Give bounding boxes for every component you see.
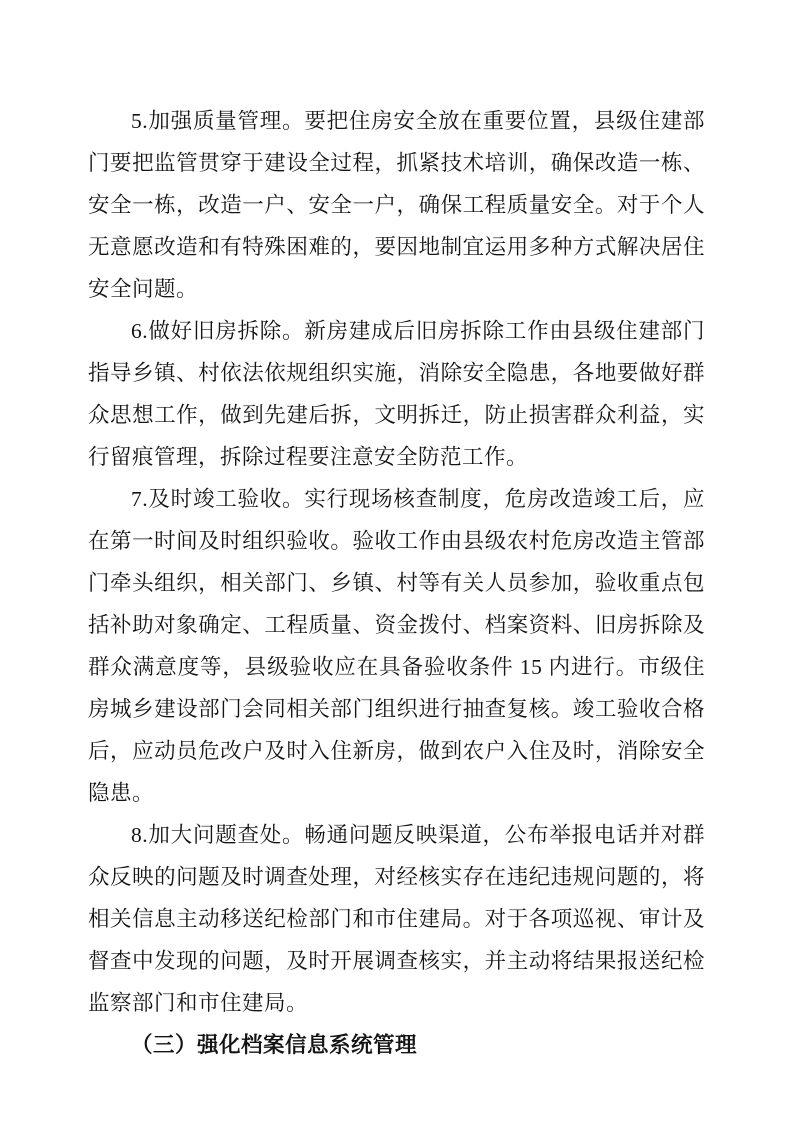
section-heading-archive-info-system: （三）强化档案信息系统管理 [88,1024,705,1066]
paragraph-old-house-demolition: 6.做好旧房拆除。新房建成后旧房拆除工作由县级住建部门指导乡镇、村依法依规组织实… [88,310,705,478]
paragraph-problem-investigation: 8.加大问题查处。畅通问题反映渠道，公布举报电话并对群众反映的问题及时调查处理，… [88,814,705,1024]
document-content: 5.加强质量管理。要把住房安全放在重要位置，县级住建部门要把监管贯穿于建设全过程… [88,100,705,1066]
paragraph-quality-management: 5.加强质量管理。要把住房安全放在重要位置，县级住建部门要把监管贯穿于建设全过程… [88,100,705,310]
paragraph-completion-acceptance: 7.及时竣工验收。实行现场核查制度，危房改造竣工后，应在第一时间及时组织验收。验… [88,478,705,814]
document-page: 5.加强质量管理。要把住房安全放在重要位置，县级住建部门要把监管贯穿于建设全过程… [0,0,793,1122]
